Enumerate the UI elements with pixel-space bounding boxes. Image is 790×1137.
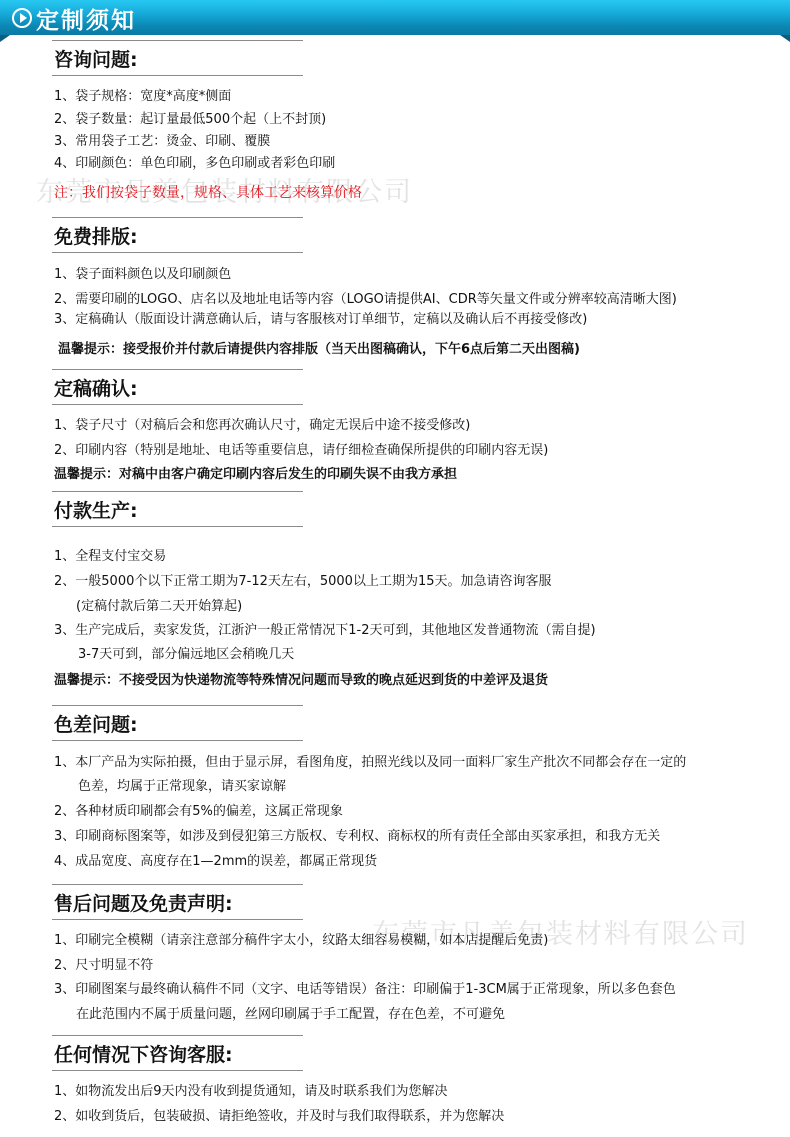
section-payment-production: 付款生产: (52, 491, 303, 527)
list-item: 2、印刷内容（特别是地址、电话等重要信息，请仔细检查确保所提供的印刷内容无误) (54, 439, 548, 458)
circle-arrow-right-icon (12, 8, 32, 28)
list-item: 1、如物流发出后9天内没有收到提货通知，请及时联系我们为您解决 (54, 1080, 448, 1099)
list-item: 2、一般5000个以下正常工期为7-12天左右，5000以上工期为15天。加急请… (54, 570, 552, 589)
list-item-continuation: (定稿付款后第二天开始算起) (76, 595, 242, 614)
section-contact-support: 任何情况下咨询客服: (52, 1035, 303, 1071)
list-item: 1、袋子面料颜色以及印刷颜色 (54, 263, 231, 282)
list-item: 2、需要印刷的LOGO、店名以及地址电话等内容（LOGO请提供AI、CDR等矢量… (54, 288, 677, 307)
list-item: 2、各种材质印刷都会有5%的偏差，这属正常现象 (54, 800, 343, 819)
list-item: 3、印刷商标图案等，如涉及到侵犯第三方版权、专利权、商标权的所有责任全部由买家承… (54, 825, 660, 844)
section-title: 咨询问题: (52, 40, 303, 76)
list-item: 4、印刷颜色：单色印刷，多色印刷或者彩色印刷 (54, 152, 335, 171)
list-item: 2、袋子数量：起订量最低500个起（上不封顶) (54, 108, 326, 127)
section-title: 售后问题及免责声明: (52, 884, 303, 920)
list-item: 1、印刷完全模糊（请亲注意部分稿件字太小，纹路太细容易模糊，如本店提醒后免责) (54, 929, 548, 948)
list-item: 3、印刷图案与最终确认稿件不同（文字、电话等错误）备注：印刷偏于1-3CM属于正… (54, 978, 676, 997)
list-item: 1、袋子尺寸（对稿后会和您再次确认尺寸，确定无误后中途不接受修改) (54, 414, 470, 433)
banner-fold-left (0, 35, 10, 42)
list-item: 1、袋子规格：宽度*高度*侧面 (54, 85, 231, 104)
list-item: 1、全程支付宝交易 (54, 545, 166, 564)
tip-text: 温馨提示：不接受因为快递物流等特殊情况问题而导致的晚点延迟到货的中差评及退货 (54, 669, 548, 688)
tip-text: 温馨提示：接受报价并付款后请提供内容排版（当天出图稿确认，下午6点后第二天出图稿… (58, 338, 580, 357)
section-title: 定稿确认: (52, 369, 303, 405)
list-item: 3、定稿确认（版面设计满意确认后，请与客服核对订单细节，定稿以及确认后不再接受修… (54, 308, 587, 327)
banner-title-text: 定制须知 (36, 2, 136, 35)
list-item: 2、如收到货后，包装破损、请拒绝签收，并及时与我们取得联系，并为您解决 (54, 1105, 504, 1124)
list-item: 1、本厂产品为实际拍摄，但由于显示屏，看图角度，拍照光线以及同一面料厂家生产批次… (54, 751, 686, 770)
section-inquiry: 咨询问题: (52, 40, 303, 76)
list-item-continuation: 在此范围内不属于质量问题，丝网印刷属于手工配置，存在色差，不可避免 (76, 1003, 505, 1022)
section-title: 任何情况下咨询客服: (52, 1035, 303, 1071)
section-color-difference: 色差问题: (52, 705, 303, 741)
list-item: 4、成品宽度、高度存在1—2mm的误差，都属正常现货 (54, 850, 377, 869)
section-title: 色差问题: (52, 705, 303, 741)
section-title: 付款生产: (52, 491, 303, 527)
section-after-sales: 售后问题及免责声明: (52, 884, 303, 920)
list-item-continuation: 3-7天可到，部分偏远地区会稍晚几天 (78, 643, 294, 662)
list-item-continuation: 色差，均属于正常现象，请买家谅解 (78, 775, 286, 794)
section-title: 免费排版: (52, 217, 303, 253)
list-item: 3、生产完成后，卖家发货，江浙沪一般正常情况下1-2天可到，其他地区发普通物流（… (54, 619, 596, 638)
banner-fold-right (780, 35, 790, 42)
list-item: 3、常用袋子工艺：烫金、印刷、覆膜 (54, 130, 270, 149)
section-final-confirmation: 定稿确认: (52, 369, 303, 405)
header-banner: 定制须知 (0, 0, 790, 35)
section-free-layout: 免费排版: (52, 217, 303, 253)
pricing-note: 注：我们按袋子数量，规格、具体工艺来核算价格 (54, 182, 362, 202)
list-item: 2、尺寸明显不符 (54, 954, 153, 973)
tip-text: 温馨提示：对稿中由客户确定印刷内容后发生的印刷失误不由我方承担 (54, 463, 457, 482)
banner-title: 定制须知 (12, 3, 136, 33)
